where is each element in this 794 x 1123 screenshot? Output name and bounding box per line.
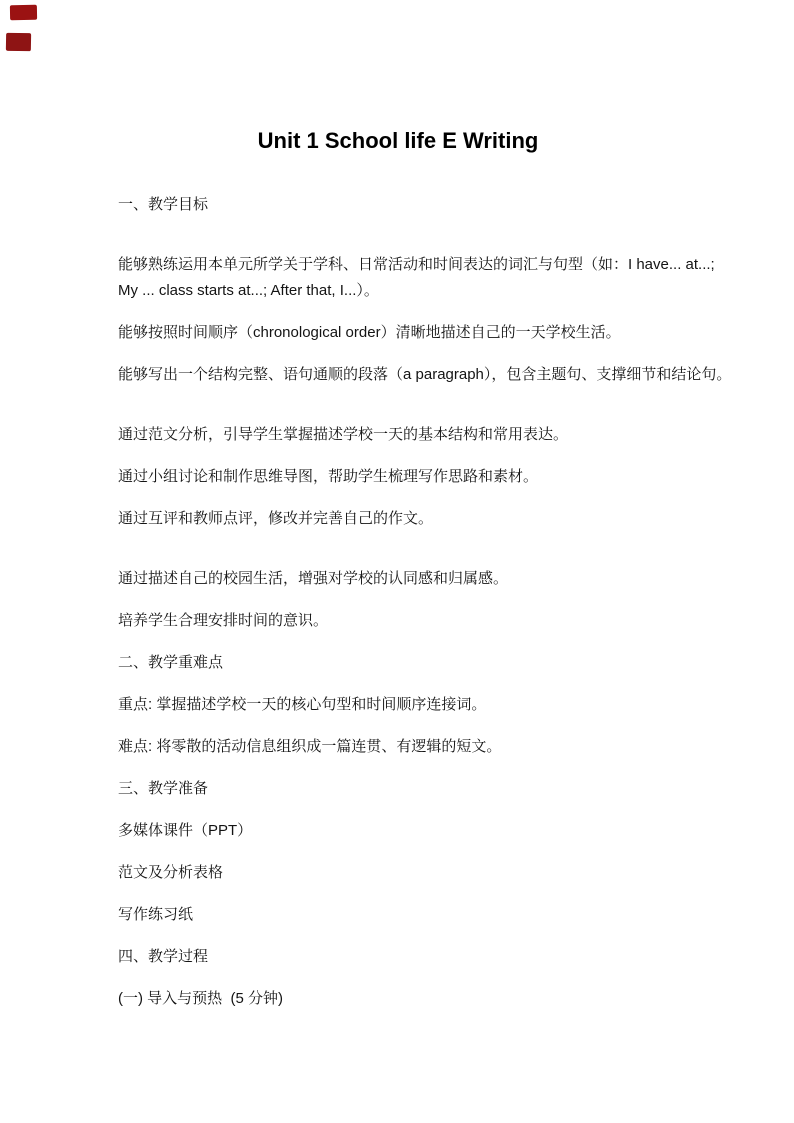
spacer (118, 404, 678, 422)
red-stamp-mark-top (10, 5, 37, 20)
paragraph-step-leadin: (一) 导入与预热 (5 分钟) (118, 986, 678, 1012)
spacer (118, 234, 678, 252)
section-heading-process: 四、教学过程 (118, 944, 678, 970)
paragraph-order-goal: 能够按照时间顺序（chronological order）清晰地描述自己的一天学… (118, 320, 678, 346)
paragraph-peer-review: 通过互评和教师点评，修改并完善自己的作文。 (118, 506, 678, 532)
section-heading-preparation: 三、教学准备 (118, 776, 678, 802)
paragraph-vocab-goal: 能够熟练运用本单元所学关于学科、日常活动和时间表达的词汇与句型（如：I have… (118, 252, 678, 304)
document-content: Unit 1 School life E Writing 一、教学目标 能够熟练… (118, 126, 678, 1028)
paragraph-time-awareness: 培养学生合理安排时间的意识。 (118, 608, 678, 634)
paragraph-prep-sample: 范文及分析表格 (118, 860, 678, 886)
paragraph-difficult-point: 难点: 将零散的活动信息组织成一篇连贯、有逻辑的短文。 (118, 734, 678, 760)
paragraph-prep-sheet: 写作练习纸 (118, 902, 678, 928)
paragraph-model-analysis: 通过范文分析，引导学生掌握描述学校一天的基本结构和常用表达。 (118, 422, 678, 448)
red-stamp-mark-bottom (6, 33, 31, 51)
section-heading-objectives: 一、教学目标 (118, 192, 678, 218)
paragraph-line: My ... class starts at...; After that, I… (118, 278, 678, 304)
document-page: Unit 1 School life E Writing 一、教学目标 能够熟练… (0, 0, 794, 1123)
paragraph-prep-ppt: 多媒体课件（PPT） (118, 818, 678, 844)
spacer (118, 548, 678, 566)
paragraph-line: 能够熟练运用本单元所学关于学科、日常活动和时间表达的词汇与句型（如：I have… (118, 252, 678, 278)
paragraph-structure-goal: 能够写出一个结构完整、语句通顺的段落（a paragraph），包含主题句、支撑… (118, 362, 678, 388)
section-heading-key-points: 二、教学重难点 (118, 650, 678, 676)
page-title: Unit 1 School life E Writing (118, 126, 678, 156)
paragraph-mindmap: 通过小组讨论和制作思维导图，帮助学生梳理写作思路和素材。 (118, 464, 678, 490)
paragraph-key-point: 重点: 掌握描述学校一天的核心句型和时间顺序连接词。 (118, 692, 678, 718)
paragraph-belonging: 通过描述自己的校园生活，增强对学校的认同感和归属感。 (118, 566, 678, 592)
